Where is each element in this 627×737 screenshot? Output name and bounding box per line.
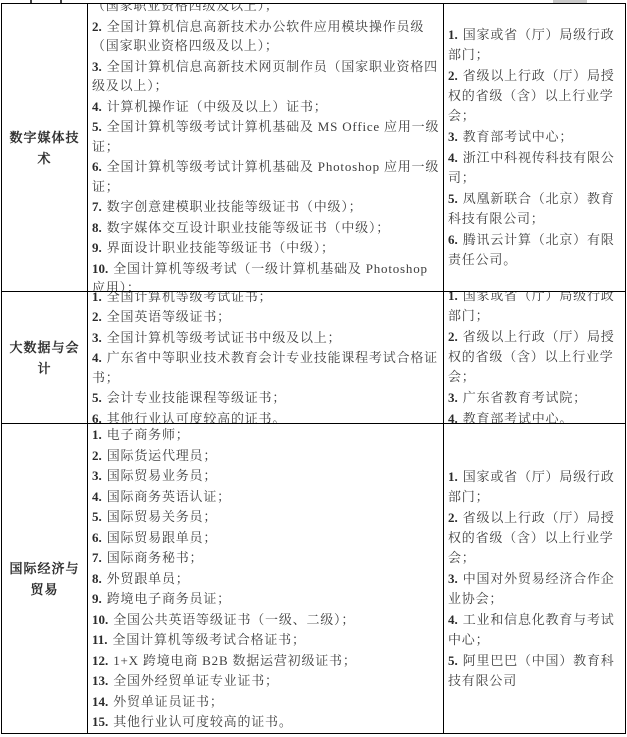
item-number: 8.: [92, 220, 102, 235]
organization-item: 5.阿里巴巴（中国）教育科技有限公司: [448, 650, 622, 691]
item-text: 广东省教育考试院；: [463, 390, 587, 405]
item-number: 6.: [92, 411, 102, 424]
item-text: 全国计算机等级考试证书；: [107, 292, 273, 304]
certificate-item: 15.其他行业认可度较高的证书。: [92, 712, 440, 733]
item-number: 1.: [448, 27, 458, 42]
item-text: 全国计算机等级考试计算机基础及 MS Office 应用一级证；: [92, 119, 439, 154]
item-number: 15.: [92, 714, 108, 729]
item-text: 国家或省（厅）局级行政部门；: [448, 27, 615, 62]
organization-item: 1.国家或省（厅）局级行政部门；: [448, 25, 622, 66]
item-text: 界面设计职业技能等级证书（中级）；: [107, 240, 335, 255]
category-label: 数字媒体技术: [8, 127, 81, 169]
certificate-item: 2.全国计算机信息高新技术办公软件应用模块操作员级（国家职业资格四级及以上）；: [92, 16, 440, 56]
item-text: 全国计算机等级考试证书中级及以上；: [107, 330, 342, 345]
item-text: 国家或省（厅）局级行政部门；: [448, 292, 615, 323]
certificate-item: 6.国际贸易跟单员；: [92, 527, 440, 548]
item-number: 1.: [92, 427, 102, 442]
item-number: 6.: [448, 232, 458, 247]
item-number: 7.: [92, 550, 102, 565]
item-number: 8.: [92, 571, 102, 586]
organization-item: 4.工业和信息化教育与考试中心；: [448, 609, 622, 650]
item-text: 会计专业技能课程等级证书；: [107, 390, 286, 405]
item-text: 国际贸易跟单员；: [107, 530, 217, 545]
item-number: 4.: [92, 489, 102, 504]
item-number: 2.: [448, 68, 458, 83]
item-number: 9.: [92, 240, 102, 255]
item-text: 计算机操作证（中级及以上）证书；: [107, 99, 328, 114]
item-text: 1+X 跨境电商 B2B 数据运营初级证书；: [113, 653, 356, 668]
item-number: 5.: [92, 509, 102, 524]
item-number: 2.: [92, 19, 102, 34]
item-number: 6.: [92, 530, 102, 545]
item-number: 6.: [92, 159, 102, 174]
certificate-item: 7.数字创意建模职业技能等级证书（中级）；: [92, 197, 440, 218]
item-text: 国际贸易业务员；: [107, 468, 217, 483]
certificate-item: 5.全国计算机等级考试计算机基础及 MS Office 应用一级证；: [92, 117, 440, 157]
item-number: 3.: [448, 571, 458, 586]
item-number: 2.: [92, 448, 102, 463]
certificates-cell-digital-media: 1.全国计算机信息高新技术图形图像处理员（Photoshop)（国家职业资格四级…: [88, 4, 444, 292]
item-number: 4.: [448, 411, 458, 424]
item-text: 省级以上行政（厅）局授权的省级（含）以上行业学会；: [448, 510, 615, 565]
item-number: 5.: [92, 390, 102, 405]
certificate-item: 4.国际商务英语认证；: [92, 486, 440, 507]
item-number: 13.: [92, 673, 108, 688]
certificate-item: 3.全国计算机等级考试证书中级及以上；: [92, 327, 440, 348]
certificate-table: 数字媒体技术 1.全国计算机信息高新技术图形图像处理员（Photoshop)（国…: [1, 3, 626, 734]
item-text: 国家或省（厅）局级行政部门；: [448, 469, 615, 504]
item-text: 全国计算机信息高新技术图形图像处理员（Photoshop)（国家职业资格四级及以…: [92, 4, 436, 13]
item-number: 9.: [92, 591, 102, 606]
item-text: 国际商务秘书；: [107, 550, 204, 565]
organizations-cell-intl-economy-trade: 1.国家或省（厅）局级行政部门； 2.省级以上行政（厅）局授权的省级（含）以上行…: [444, 424, 625, 733]
item-number: 3.: [92, 59, 102, 74]
certificate-item: 4.广东省中等职业技术教育会计专业技能课程考试合格证书；: [92, 348, 440, 388]
item-text: 全国计算机信息高新技术网页制作员（国家职业资格四级及以上）；: [92, 59, 438, 94]
certificate-item: 2.国际货运代理员；: [92, 445, 440, 466]
item-text: 全国计算机等级考试计算机基础及 Photoshop 应用一级证；: [92, 159, 439, 194]
item-number: 4.: [448, 612, 458, 627]
item-text: 腾讯云计算（北京）有限责任公司。: [448, 232, 615, 267]
item-number: 4.: [92, 350, 102, 365]
organization-item: 5.凤凰新联合（北京）教育科技有限公司；: [448, 189, 622, 230]
item-text: 省级以上行政（厅）局授权的省级（含）以上行业学会；: [448, 68, 615, 123]
certificate-item: 1.全国计算机信息高新技术图形图像处理员（Photoshop)（国家职业资格四级…: [92, 4, 440, 16]
certificate-item: 12.1+X 跨境电商 B2B 数据运营初级证书；: [92, 650, 440, 671]
item-text: 全国计算机等级考试合格证书；: [113, 632, 306, 647]
organization-item: 3.广东省教育考试院；: [448, 388, 622, 409]
category-label: 国际经济与贸易: [8, 558, 81, 600]
item-text: 全国计算机信息高新技术办公软件应用模块操作员级（国家职业资格四级及以上）；: [92, 19, 424, 54]
item-text: 中国对外贸易经济合作企业协会；: [448, 571, 615, 606]
item-number: 1.: [448, 469, 458, 484]
item-text: 教育部考试中心。: [463, 411, 573, 424]
item-text: 外贸单证员证书；: [113, 694, 223, 709]
item-number: 5.: [448, 653, 458, 668]
certificate-item: 2.全国英语等级证书；: [92, 307, 440, 328]
item-number: 3.: [92, 468, 102, 483]
category-cell-intl-economy-trade: 国际经济与贸易: [2, 424, 88, 733]
item-number: 3.: [448, 390, 458, 405]
item-number: 10.: [92, 612, 108, 627]
certificate-item: 4.计算机操作证（中级及以上）证书；: [92, 96, 440, 117]
item-text: 国际贸易关务员；: [107, 509, 217, 524]
item-number: 4.: [92, 99, 102, 114]
item-text: 阿里巴巴（中国）教育科技有限公司: [448, 653, 615, 688]
category-label: 大数据与会计: [8, 337, 81, 379]
organization-item: 6.腾讯云计算（北京）有限责任公司。: [448, 230, 622, 271]
organization-item: 2.省级以上行政（厅）局授权的省级（含）以上行业学会；: [448, 66, 622, 127]
certificate-item: 10.全国公共英语等级证书（一级、二级）；: [92, 609, 440, 630]
certificate-item: 3.国际贸易业务员；: [92, 466, 440, 487]
certificate-item: 5.会计专业技能课程等级证书；: [92, 388, 440, 409]
organization-item: 3.教育部考试中心；: [448, 127, 622, 148]
item-text: 凤凰新联合（北京）教育科技有限公司；: [448, 191, 615, 226]
item-number: 10.: [92, 261, 108, 276]
organization-item: 1.国家或省（厅）局级行政部门；: [448, 466, 622, 507]
category-cell-digital-media: 数字媒体技术: [2, 4, 88, 292]
organization-item: 3.中国对外贸易经济合作企业协会；: [448, 568, 622, 609]
item-text: 国际商务英语认证；: [107, 489, 231, 504]
item-text: 省级以上行政（厅）局授权的省级（含）以上行业学会；: [448, 329, 615, 384]
certificate-item: 3.全国计算机信息高新技术网页制作员（国家职业资格四级及以上）；: [92, 56, 440, 96]
item-text: 全国外经贸单证专业证书；: [113, 673, 279, 688]
organization-item: 4.教育部考试中心。: [448, 409, 622, 425]
item-number: 2.: [448, 329, 458, 344]
item-text: 全国公共英语等级证书（一级、二级）；: [113, 612, 355, 627]
item-number: 5.: [448, 191, 458, 206]
item-number: 2.: [92, 309, 102, 324]
certificates-cell-big-data-accounting: 1.全国计算机等级考试证书； 2.全国英语等级证书； 3.全国计算机等级考试证书…: [88, 292, 444, 424]
certificate-item: 9.跨境电子商务员证；: [92, 589, 440, 610]
item-text: 外贸跟单员；: [107, 571, 190, 586]
item-number: 4.: [448, 150, 458, 165]
certificate-item: 6.其他行业认可度较高的证书。: [92, 408, 440, 424]
item-text: 浙江中科视传科技有限公司；: [448, 150, 615, 185]
item-text: 广东省中等职业技术教育会计专业技能课程考试合格证书；: [92, 350, 438, 385]
item-number: 14.: [92, 694, 108, 709]
organization-item: 2.省级以上行政（厅）局授权的省级（含）以上行业学会；: [448, 327, 622, 388]
item-text: 其他行业认可度较高的证书。: [113, 714, 292, 729]
item-text: 数字创意建模职业技能等级证书（中级）；: [107, 199, 363, 214]
item-number: 1.: [448, 292, 458, 303]
certificate-item: 6.全国计算机等级考试计算机基础及 Photoshop 应用一级证；: [92, 157, 440, 197]
organizations-cell-digital-media: 1.国家或省（厅）局级行政部门； 2.省级以上行政（厅）局授权的省级（含）以上行…: [444, 4, 625, 292]
certificate-item: 11.全国计算机等级考试合格证书；: [92, 630, 440, 651]
certificate-item: 1.电子商务师；: [92, 425, 440, 446]
category-cell-big-data-accounting: 大数据与会计: [2, 292, 88, 424]
certificates-cell-intl-economy-trade: 1.电子商务师； 2.国际货运代理员； 3.国际贸易业务员； 4.国际商务英语认…: [88, 424, 444, 733]
item-text: 工业和信息化教育与考试中心；: [448, 612, 615, 647]
certificate-item: 8.数字媒体交互设计职业技能等级证书（中级）；: [92, 217, 440, 238]
item-number: 3.: [92, 330, 102, 345]
item-number: 12.: [92, 653, 108, 668]
organization-item: 2.省级以上行政（厅）局授权的省级（含）以上行业学会；: [448, 507, 622, 568]
item-text: 全国计算机等级考试（一级计算机基础及 Photoshop 应用）；: [92, 261, 428, 292]
organization-item: 1.国家或省（厅）局级行政部门；: [448, 292, 622, 327]
certificate-item: 13.全国外经贸单证专业证书；: [92, 671, 440, 692]
certificate-item: 14.外贸单证员证书；: [92, 691, 440, 712]
certificate-item: 1.全国计算机等级考试证书；: [92, 292, 440, 307]
item-text: 跨境电子商务员证；: [107, 591, 231, 606]
certificate-item: 5.国际贸易关务员；: [92, 507, 440, 528]
item-text: 教育部考试中心；: [463, 129, 573, 144]
certificate-item: 10.全国计算机等级考试（一级计算机基础及 Photoshop 应用）；: [92, 258, 440, 292]
certificate-item: 9.界面设计职业技能等级证书（中级）；: [92, 238, 440, 259]
organization-item: 4.浙江中科视传科技有限公司；: [448, 148, 622, 189]
item-number: 11.: [92, 632, 108, 647]
item-number: 5.: [92, 119, 102, 134]
item-number: 7.: [92, 199, 102, 214]
item-number: 3.: [448, 129, 458, 144]
item-text: 数字媒体交互设计职业技能等级证书（中级）；: [107, 220, 390, 235]
item-text: 国际货运代理员；: [107, 448, 217, 463]
item-text: 电子商务师；: [107, 427, 190, 442]
certificate-item: 8.外贸跟单员；: [92, 568, 440, 589]
item-number: 1.: [92, 292, 102, 304]
organizations-cell-big-data-accounting: 1.国家或省（厅）局级行政部门； 2.省级以上行政（厅）局授权的省级（含）以上行…: [444, 292, 625, 424]
item-number: 2.: [448, 510, 458, 525]
item-text: 其他行业认可度较高的证书。: [107, 411, 286, 424]
certificate-item: 7.国际商务秘书；: [92, 548, 440, 569]
item-text: 全国英语等级证书；: [107, 309, 231, 324]
